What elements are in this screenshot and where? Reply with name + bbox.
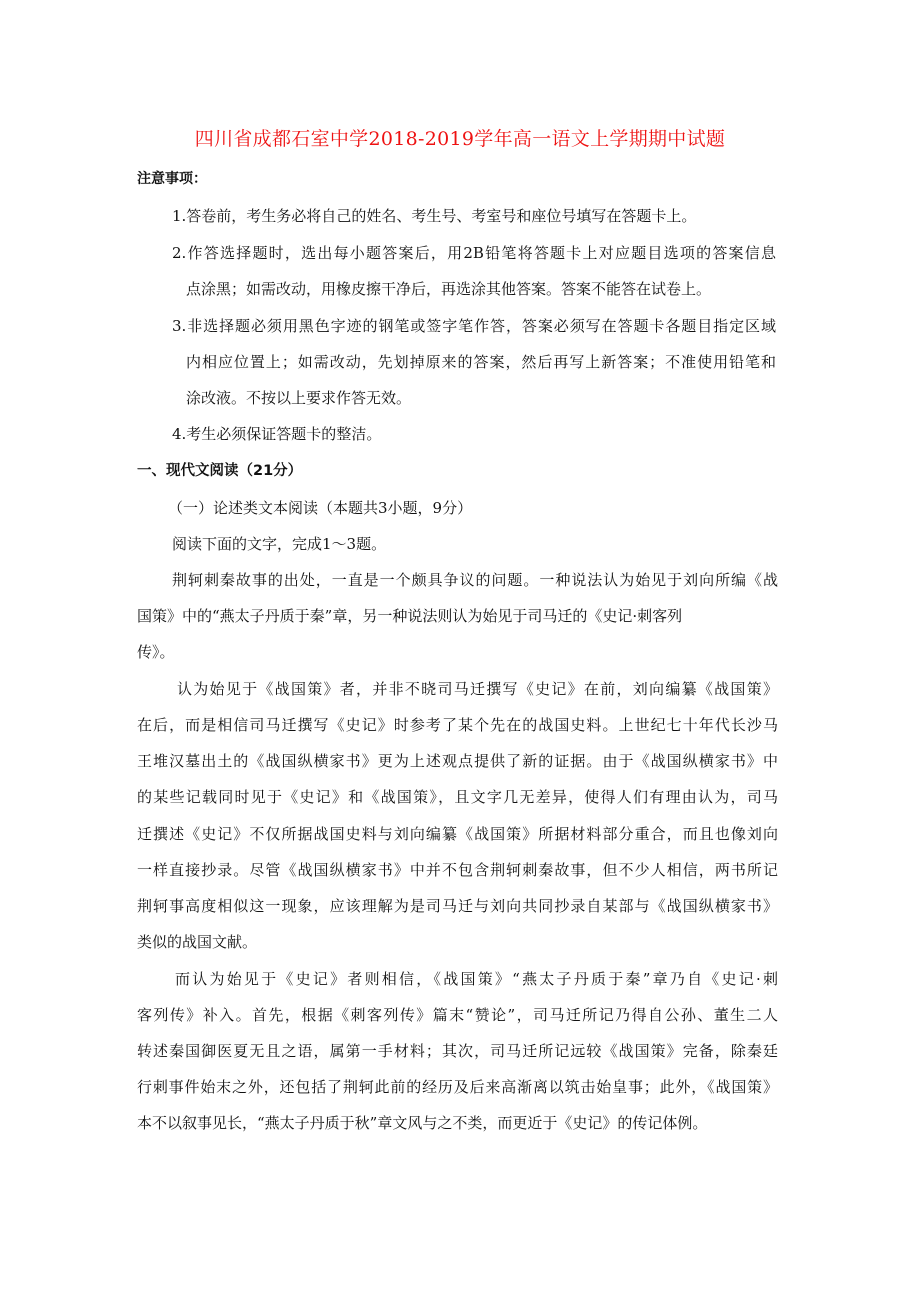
paragraph-3-line-5: 本不以叙事见长，“燕太子丹质于秋”章文风与之不类，而更近于《史记》的传记体例。: [137, 1113, 707, 1133]
paragraph-3-line-2: 客列传》补入。首先，根据《刺客列传》篇末“赞论”，司马迁所记乃得自公孙、董生二人: [137, 1005, 778, 1025]
notice-item-3-line-3: 涂改液。不按以上要求作答无效。: [186, 388, 411, 408]
paragraph-1-line-3: 传》。: [137, 642, 175, 662]
document-page: 四川省成都石室中学2018-2019学年高一语文上学期期中试题 注意事项： 1.…: [0, 0, 920, 1302]
notice-heading: 注意事项：: [137, 168, 207, 188]
paragraph-3-line-1: 而认为始见于《史记》者则相信，《战国策》“燕太子丹质于秦”章乃自《史记·刺: [175, 969, 778, 989]
reading-instruction: 阅读下面的文字，完成1～3题。: [172, 534, 386, 554]
notice-item-3-line-1: 3.非选择题必须用黑色字迹的钢笔或签字笔作答，答案必须写在答题卡各题目指定区域: [172, 316, 776, 336]
page-title: 四川省成都石室中学2018-2019学年高一语文上学期期中试题: [0, 124, 920, 151]
paragraph-2-line-6: 一样直接抄录。尽管《战国纵横家书》中并不包含荆轲刺秦故事，但不少人相信，两书所记: [137, 860, 778, 880]
paragraph-2-line-8: 类似的战国文献。: [137, 932, 257, 952]
paragraph-1-line-2: 国策》中的“燕太子丹质于秦”章，另一种说法则认为始见于司马迁的《史记·刺客列: [137, 606, 682, 626]
paragraph-2-line-7: 荆轲事高度相似这一现象，应该理解为是司马迁与刘向共同抄录自某部与《战国纵横家书》: [137, 896, 778, 916]
paragraph-2-line-5: 迁撰述《史记》不仅所据战国史料与刘向编纂《战国策》所据材料部分重合，而且也像刘向: [137, 824, 778, 844]
section-heading: 一、现代文阅读（21分）: [137, 461, 302, 481]
paragraph-2-line-3: 王堆汉墓出土的《战国纵横家书》更为上述观点提供了新的证据。由于《战国纵横家书》中: [137, 751, 778, 771]
notice-item-2-line-2: 点涂黑；如需改动，用橡皮擦干净后，再选涂其他答案。答案不能答在试卷上。: [186, 279, 711, 299]
paragraph-3-line-3: 转述秦国御医夏无且之语，属第一手材料；其次，司马迁所记远较《战国策》完备，除秦廷: [137, 1041, 778, 1061]
notice-item-1: 1.答卷前，考生务必将自己的姓名、考生号、考室号和座位号填写在答题卡上。: [172, 206, 696, 226]
notice-item-2-line-1: 2.作答选择题时，选出每小题答案后，用2B铅笔将答题卡上对应题目选项的答案信息: [172, 243, 776, 263]
notice-item-3-line-2: 内相应位置上；如需改动，先划掉原来的答案，然后再写上新答案；不准使用铅笔和: [186, 352, 776, 372]
paragraph-1-line-1: 荆轲刺秦故事的出处，一直是一个颇具争议的问题。一种说法认为始见于刘向所编《战: [172, 570, 778, 590]
subsection-heading: （一）论述类文本阅读（本题共3小题，9分）: [168, 498, 472, 518]
paragraph-3-line-4: 行刺事件始末之外，还包括了荆轲此前的经历及后来高渐离以筑击始皇事；此外，《战国策…: [137, 1077, 778, 1097]
notice-item-4: 4.考生必须保证答题卡的整洁。: [172, 424, 381, 444]
paragraph-2-line-4: 的某些记载同时见于《史记》和《战国策》，且文字几无差异，使得人们有理由认为，司马: [137, 787, 778, 807]
paragraph-2-line-1: 认为始见于《战国策》者，并非不晓司马迁撰写《史记》在前，刘向编纂《战国策》: [177, 679, 778, 699]
paragraph-2-line-2: 在后，而是相信司马迁撰写《史记》时参考了某个先在的战国史料。上世纪七十年代长沙马: [137, 715, 778, 735]
